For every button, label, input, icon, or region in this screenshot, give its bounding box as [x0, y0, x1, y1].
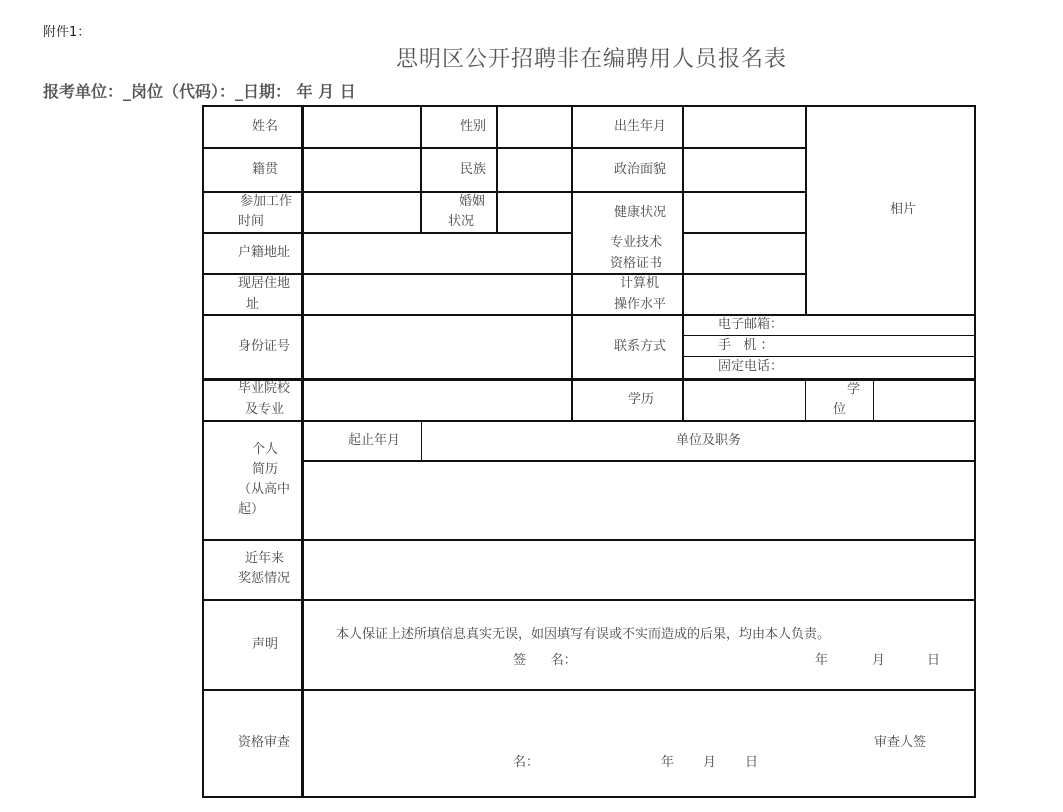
label-email: 电子邮箱：	[718, 315, 783, 335]
declaration-signature-label: 签 名：	[513, 651, 577, 671]
label-resume-2: 简历	[252, 460, 278, 480]
label-work-start-2: 时间	[238, 212, 264, 232]
cert-field[interactable]	[684, 234, 805, 273]
label-current-address-1: 现居住地	[238, 274, 290, 294]
birth-field[interactable]	[684, 107, 805, 147]
attachment-label: 附件1：	[43, 21, 90, 40]
ethnicity-field[interactable]	[498, 149, 571, 191]
declaration-month: 月	[872, 651, 885, 671]
resume-field[interactable]	[304, 462, 974, 539]
label-political-status: 政治面貌	[614, 160, 666, 180]
table-border-left	[202, 105, 204, 798]
label-resume-4: 起）	[238, 500, 264, 520]
label-computer-1: 计算机	[620, 274, 659, 294]
name-field[interactable]	[304, 107, 420, 147]
col-divider	[420, 105, 422, 234]
review-day: 日	[745, 753, 758, 773]
col-divider	[571, 105, 573, 421]
row-divider	[202, 420, 976, 422]
label-work-start-1: 参加工作	[240, 192, 292, 212]
label-health: 健康状况	[614, 203, 666, 223]
computer-level-field[interactable]	[684, 275, 805, 314]
education-field[interactable]	[684, 381, 805, 420]
col-divider	[805, 379, 806, 421]
form-subheader: 报考单位：_岗位（代码）：_日期： 年 月 日	[43, 79, 356, 102]
mobile-field[interactable]	[785, 337, 974, 356]
landline-field[interactable]	[785, 358, 974, 378]
awards-field[interactable]	[304, 541, 974, 599]
review-signer-label: 审查人签	[874, 733, 926, 753]
label-cert-2: 资格证书	[610, 254, 662, 274]
label-landline: 固定电话：	[718, 357, 783, 377]
political-status-field[interactable]	[684, 149, 805, 191]
label-resume-3: （从高中	[238, 480, 290, 500]
label-school-1: 毕业院校	[238, 379, 290, 399]
household-address-field[interactable]	[304, 234, 571, 273]
page-title: 思明区公开招聘非在编聘用人员报名表	[396, 42, 787, 73]
label-review: 资格审查	[238, 733, 290, 753]
photo-area[interactable]	[807, 107, 974, 314]
label-birth: 出生年月	[614, 117, 666, 137]
declaration-text: 本人保证上述所填信息真实无误，如因填写有误或不实而造成的后果，均由本人负责。	[336, 625, 830, 645]
email-field[interactable]	[785, 316, 974, 335]
label-name: 姓名	[252, 117, 278, 137]
label-awards-2: 奖惩情况	[238, 569, 290, 589]
gender-field[interactable]	[498, 107, 571, 147]
label-marital-2: 状况	[448, 212, 474, 232]
label-computer-2: 操作水平	[614, 295, 666, 315]
label-native-place: 籍贯	[252, 160, 278, 180]
label-cert-1: 专业技术	[610, 233, 662, 253]
label-gender: 性别	[460, 117, 486, 137]
col-divider	[873, 379, 874, 421]
row-divider	[202, 599, 976, 601]
declaration-year: 年	[815, 651, 828, 671]
current-address-field[interactable]	[304, 275, 571, 314]
label-contact: 联系方式	[614, 337, 666, 357]
declaration-signature-field[interactable]	[590, 651, 790, 671]
label-degree-1: 学	[847, 380, 860, 400]
label-marital-1: 婚姻	[459, 192, 485, 212]
resume-unit-header: 单位及职务	[676, 431, 741, 451]
label-id-number: 身份证号	[238, 337, 290, 357]
label-declaration: 声明	[252, 635, 278, 655]
label-household-address: 户籍地址	[238, 243, 290, 263]
label-awards-1: 近年来	[245, 549, 284, 569]
table-border-right	[974, 105, 976, 798]
label-school-2: 及专业	[245, 400, 284, 420]
review-month: 月	[703, 753, 716, 773]
degree-field[interactable]	[875, 381, 974, 420]
table-border-bottom	[202, 796, 976, 798]
label-mobile: 手 机 ：	[718, 336, 774, 356]
col-divider	[421, 421, 422, 461]
label-ethnicity: 民族	[460, 160, 486, 180]
review-year: 年	[661, 753, 674, 773]
declaration-day: 日	[927, 651, 940, 671]
native-place-field[interactable]	[304, 149, 420, 191]
label-degree-2: 位	[833, 400, 846, 420]
school-field[interactable]	[304, 381, 571, 420]
work-start-field[interactable]	[304, 193, 420, 232]
resume-period-header: 起止年月	[348, 431, 400, 451]
review-name-label: 名：	[513, 753, 539, 773]
health-field[interactable]	[684, 193, 805, 232]
id-number-field[interactable]	[304, 316, 571, 378]
label-resume-1: 个人	[252, 440, 278, 460]
label-education: 学历	[628, 390, 654, 410]
marital-field[interactable]	[498, 193, 571, 232]
label-current-address-2: 址	[246, 295, 259, 315]
